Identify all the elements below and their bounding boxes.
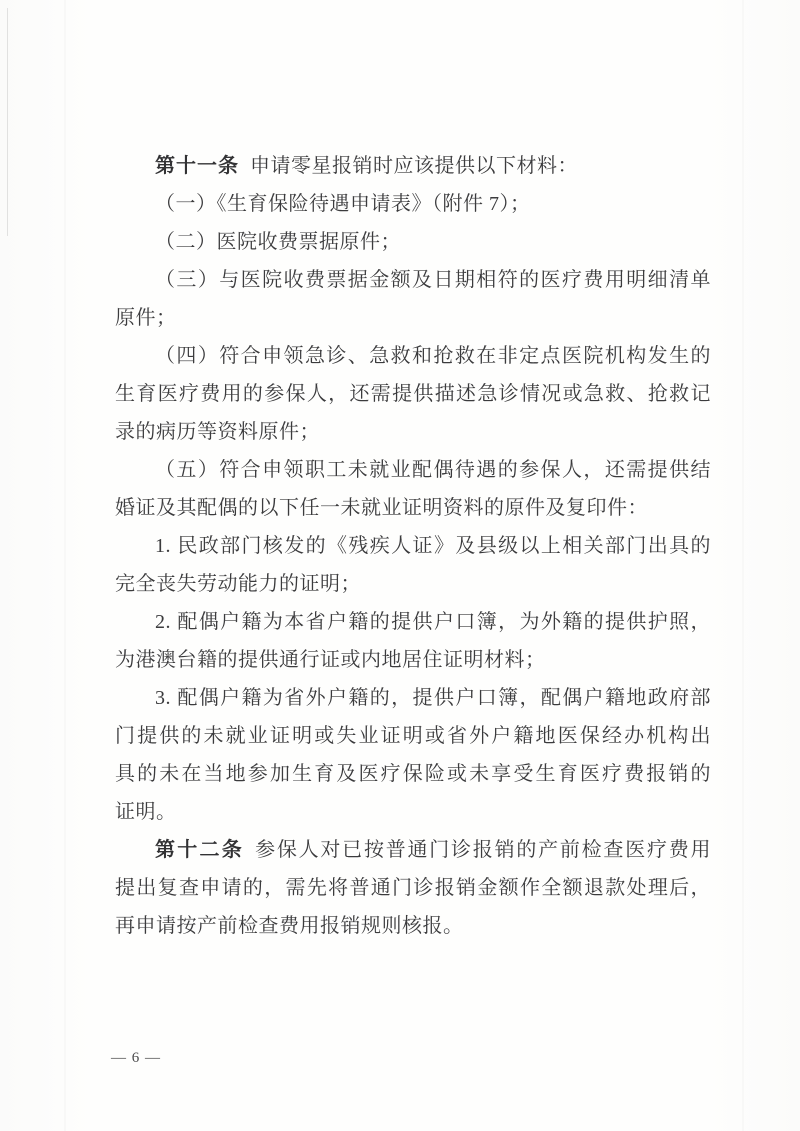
- text-line: 婚证及其配偶的以下任一未就业证明资料的原件及复印件：: [115, 489, 711, 527]
- line-text: 具的未在当地参加生育及医疗保险或未享受生育医疗费报销的: [115, 763, 711, 785]
- text-line: （二）医院收费票据原件；: [115, 223, 711, 261]
- text-line: 原件；: [115, 299, 711, 337]
- line-text: 婚证及其配偶的以下任一未就业证明资料的原件及复印件：: [115, 497, 648, 519]
- line-text: 再申请按产前检查费用报销规则核报。: [115, 915, 464, 937]
- text-line: 第十一条申请零星报销时应该提供以下材料：: [115, 147, 711, 185]
- text-line: （三）与医院收费票据金额及日期相符的医疗费用明细清单: [115, 261, 711, 299]
- text-line: 具的未在当地参加生育及医疗保险或未享受生育医疗费报销的: [115, 755, 711, 793]
- text-line: （五）符合申领职工未就业配偶待遇的参保人，还需提供结: [115, 451, 711, 489]
- line-text: （一）《生育保险待遇申请表》（附件 7）；: [155, 193, 531, 215]
- scan-streak: [64, 0, 66, 1131]
- line-text: 录的病历等资料原件；: [115, 421, 320, 443]
- scan-streak: [742, 0, 744, 1131]
- line-text: 原件；: [115, 307, 177, 329]
- text-line: 完全丧失劳动能力的证明；: [115, 565, 711, 603]
- page-number: — 6 —: [111, 1049, 161, 1067]
- text-line: 生育医疗费用的参保人，还需提供描述急诊情况或急救、抢救记: [115, 375, 711, 413]
- article-heading: 第十二条: [155, 839, 244, 861]
- line-text: 提出复查申请的，需先将普通门诊报销金额作全额退款处理后，: [115, 877, 711, 899]
- text-line: 为港澳台籍的提供通行证或内地居住证明材料；: [115, 641, 711, 679]
- line-text: 生育医疗费用的参保人，还需提供描述急诊情况或急救、抢救记: [115, 383, 711, 405]
- text-line: 3. 配偶户籍为省外户籍的，提供户口簿，配偶户籍地政府部: [115, 679, 711, 717]
- line-text: 参保人对已按普通门诊报销的产前检查医疗费用: [255, 839, 711, 861]
- text-line: 第十二条参保人对已按普通门诊报销的产前检查医疗费用: [115, 831, 711, 869]
- line-text: 申请零星报销时应该提供以下材料：: [250, 155, 578, 177]
- line-text: 2. 配偶户籍为本省户籍的提供户口簿，为外籍的提供护照，: [155, 611, 711, 633]
- scanned-page: 第十一条申请零星报销时应该提供以下材料：（一）《生育保险待遇申请表》（附件 7）…: [0, 0, 800, 1131]
- line-text: 3. 配偶户籍为省外户籍的，提供户口簿，配偶户籍地政府部: [155, 687, 711, 709]
- line-text: （四）符合申领急诊、急救和抢救在非定点医院机构发生的: [155, 345, 711, 367]
- document-body: 第十一条申请零星报销时应该提供以下材料：（一）《生育保险待遇申请表》（附件 7）…: [115, 147, 711, 945]
- text-line: 再申请按产前检查费用报销规则核报。: [115, 907, 711, 945]
- text-line: 2. 配偶户籍为本省户籍的提供户口簿，为外籍的提供护照，: [115, 603, 711, 641]
- text-line: 提出复查申请的，需先将普通门诊报销金额作全额退款处理后，: [115, 869, 711, 907]
- text-line: 证明。: [115, 793, 711, 831]
- article-heading: 第十一条: [155, 155, 239, 177]
- line-text: 1. 民政部门核发的《残疾人证》及县级以上相关部门出具的: [155, 535, 711, 557]
- line-text: 证明。: [115, 801, 177, 823]
- text-line: （一）《生育保险待遇申请表》（附件 7）；: [115, 185, 711, 223]
- line-text: （二）医院收费票据原件；: [155, 231, 401, 253]
- scan-edge-artifact: [7, 8, 8, 236]
- text-line: 录的病历等资料原件；: [115, 413, 711, 451]
- text-line: 门提供的未就业证明或失业证明或省外户籍地医保经办机构出: [115, 717, 711, 755]
- line-text: 为港澳台籍的提供通行证或内地居住证明材料；: [115, 649, 546, 671]
- text-line: （四）符合申领急诊、急救和抢救在非定点医院机构发生的: [115, 337, 711, 375]
- line-text: 门提供的未就业证明或失业证明或省外户籍地医保经办机构出: [115, 725, 711, 747]
- line-text: （三）与医院收费票据金额及日期相符的医疗费用明细清单: [155, 269, 711, 291]
- text-line: 1. 民政部门核发的《残疾人证》及县级以上相关部门出具的: [115, 527, 711, 565]
- line-text: （五）符合申领职工未就业配偶待遇的参保人，还需提供结: [155, 459, 711, 481]
- line-text: 完全丧失劳动能力的证明；: [115, 573, 361, 595]
